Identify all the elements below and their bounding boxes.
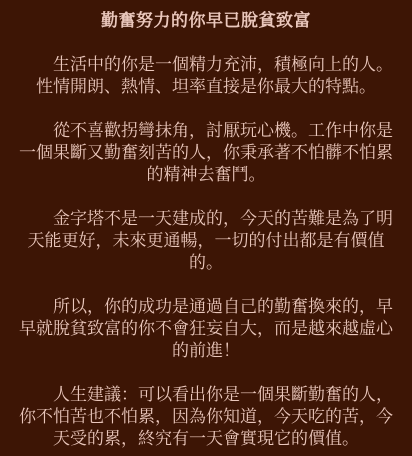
paragraph: 所以，你的成功是通過自己的勤奮換來的，早 早就脫貧致富的你不會狂妄自大，而是越來… [0,296,412,362]
page-title: 勤奮努力的你早已脫貧致富 [0,10,412,32]
text-line: 天能更好，未來更通暢，一切的付出都是有價值 [0,230,412,252]
text-line: 你不怕苦也不怕累，因為你知道，今天吃的苦，今 [0,406,412,428]
paragraph: 生活中的你是一個精力充沛，積極向上的人。 性情開朗、熱情、坦率直接是你最大的特點… [0,54,412,98]
text-line: 從不喜歡拐彎抹角，討厭玩心機。工作中你是 [0,120,412,142]
text-line: 早就脫貧致富的你不會狂妄自大，而是越來越虛心 [0,318,412,340]
text-line: 金字塔不是一天建成的，今天的苦難是為了明 [0,208,412,230]
text-line: 天受的累，終究有一天會實現它的價值。 [0,428,412,450]
paragraph: 從不喜歡拐彎抹角，討厭玩心機。工作中你是 一個果斷又勤奮刻苦的人，你秉承著不怕髒… [0,120,412,186]
text-line: 性情開朗、熱情、坦率直接是你最大的特點。 [0,76,412,98]
article-page: 勤奮努力的你早已脫貧致富 生活中的你是一個精力充沛，積極向上的人。 性情開朗、熱… [0,0,412,456]
text-line: 的精神去奮鬥。 [0,164,412,186]
paragraph: 金字塔不是一天建成的，今天的苦難是為了明 天能更好，未來更通暢，一切的付出都是有… [0,208,412,274]
text-line: 所以，你的成功是通過自己的勤奮換來的，早 [0,296,412,318]
text-line: 的。 [0,252,412,274]
text-line: 的前進！ [0,340,412,362]
text-line: 人生建議：可以看出你是一個果斷勤奮的人， [0,384,412,406]
text-line: 生活中的你是一個精力充沛，積極向上的人。 [0,54,412,76]
paragraph: 人生建議：可以看出你是一個果斷勤奮的人， 你不怕苦也不怕累，因為你知道，今天吃的… [0,384,412,450]
text-line: 一個果斷又勤奮刻苦的人，你秉承著不怕髒不怕累 [0,142,412,164]
